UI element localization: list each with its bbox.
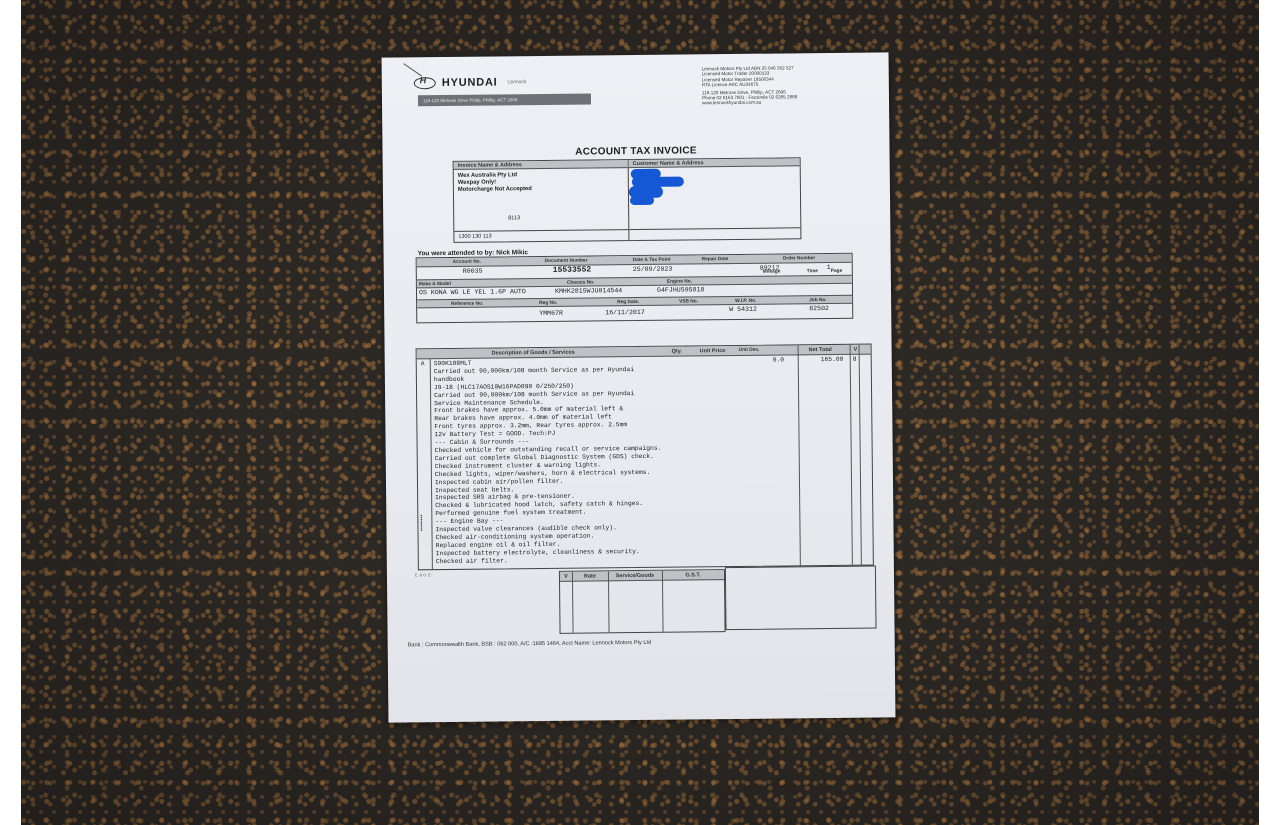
header-rate: Rate (572, 573, 608, 579)
date-tax-point: 25/09/2023 (633, 265, 673, 274)
invoice-phone: 1300 130 113 (454, 229, 628, 242)
header-net-total: Net Total (809, 347, 832, 353)
header-order-number: Order Number (783, 254, 816, 263)
reg-no: YMM67R (539, 309, 563, 318)
header-gst: G.S.T. (662, 572, 724, 579)
wip-no: W 54312 (729, 305, 757, 314)
job-no: 82502 (809, 304, 829, 313)
dealer-name: Lennock (507, 79, 526, 85)
goods-services-table: Description of Goods / Services Qty. Uni… (416, 344, 874, 571)
brand-logo: HYUNDAI Lennock (414, 76, 527, 89)
header-date-tax-point: Date & Tax Point (633, 256, 671, 265)
customer-address-header: Customer Name & Address (629, 158, 800, 168)
line-code: A (421, 360, 425, 367)
chassis-no: KMHK2815WJU014544 (555, 286, 622, 296)
v-value: 8 (853, 356, 857, 363)
header-time: Time (807, 267, 818, 276)
logo-swoosh (403, 63, 422, 76)
company-info: Lennock Motors Pty Ltd ABN 25 646 352 52… (702, 65, 798, 106)
eoe-note: E. & O. E. (415, 573, 432, 577)
invoice-code: 8113 (508, 215, 520, 221)
header-v: V (854, 347, 858, 353)
customer-phone-row (629, 227, 800, 240)
header-qty: Qty. (672, 349, 682, 355)
invoice-address: Invoice Name & Address Wex Australia Pty… (454, 160, 630, 242)
header-page: Page (831, 267, 843, 276)
account-no: R0035 (463, 267, 483, 276)
dealer-address-bar: 118-120 Melrose Drive Philip, Phillip, A… (418, 93, 591, 106)
net-total-value: 165.00 (821, 356, 844, 363)
document-number: 15533552 (553, 265, 591, 274)
header-description: Description of Goods / Services (492, 350, 575, 357)
invoice-paper: HYUNDAI Lennock 118-120 Melrose Drive Ph… (382, 52, 896, 722)
customer-address: Customer Name & Address (629, 158, 801, 240)
engine-no: G4FJHU595818 (657, 285, 705, 294)
header-unit-price: Unit Price (700, 348, 726, 354)
brand-name: HYUNDAI (442, 76, 498, 89)
hyundai-logo-icon (414, 77, 436, 89)
bank-details: Bank : Commonwealth Bank, BSB : 062 000,… (408, 640, 652, 649)
invoice-line: Motorcharge Not Accepted (458, 185, 624, 194)
vehicle-info-table: Account No. Document Number Date & Tax P… (416, 253, 854, 324)
company-website: www.lennockhyundai.com.au (702, 100, 797, 106)
totals-box (725, 566, 877, 631)
reg-date: 16/11/2017 (605, 308, 645, 317)
make-model: OS KONA WG LE YEL 1.6P AUTO (419, 287, 526, 297)
gst-header-row: V Rate Service/Goods G.S.T. (560, 570, 724, 582)
unit-des-value: 0.0 (773, 356, 784, 363)
service-description: S90K108MLT Carried out 90,000km/108 mont… (434, 358, 663, 566)
header-gst-v: V (560, 574, 572, 580)
header-account-no: Account No. (453, 258, 481, 267)
form-reference: ●●●●●●●● (419, 514, 423, 531)
redaction-scribble (630, 196, 654, 205)
header-repair-date: Repair Date (702, 255, 729, 264)
gst-summary-table: V Rate Service/Goods G.S.T. (559, 569, 726, 634)
address-block: Invoice Name & Address Wex Australia Pty… (453, 157, 802, 243)
header-document-number: Document Number (545, 257, 588, 266)
document-title: ACCOUNT TAX INVOICE (382, 143, 889, 159)
header-mileage: Mileage (763, 268, 781, 277)
header-unit-des: Unit Des. (739, 348, 760, 353)
header-service-goods: Service/Goods (608, 573, 662, 580)
